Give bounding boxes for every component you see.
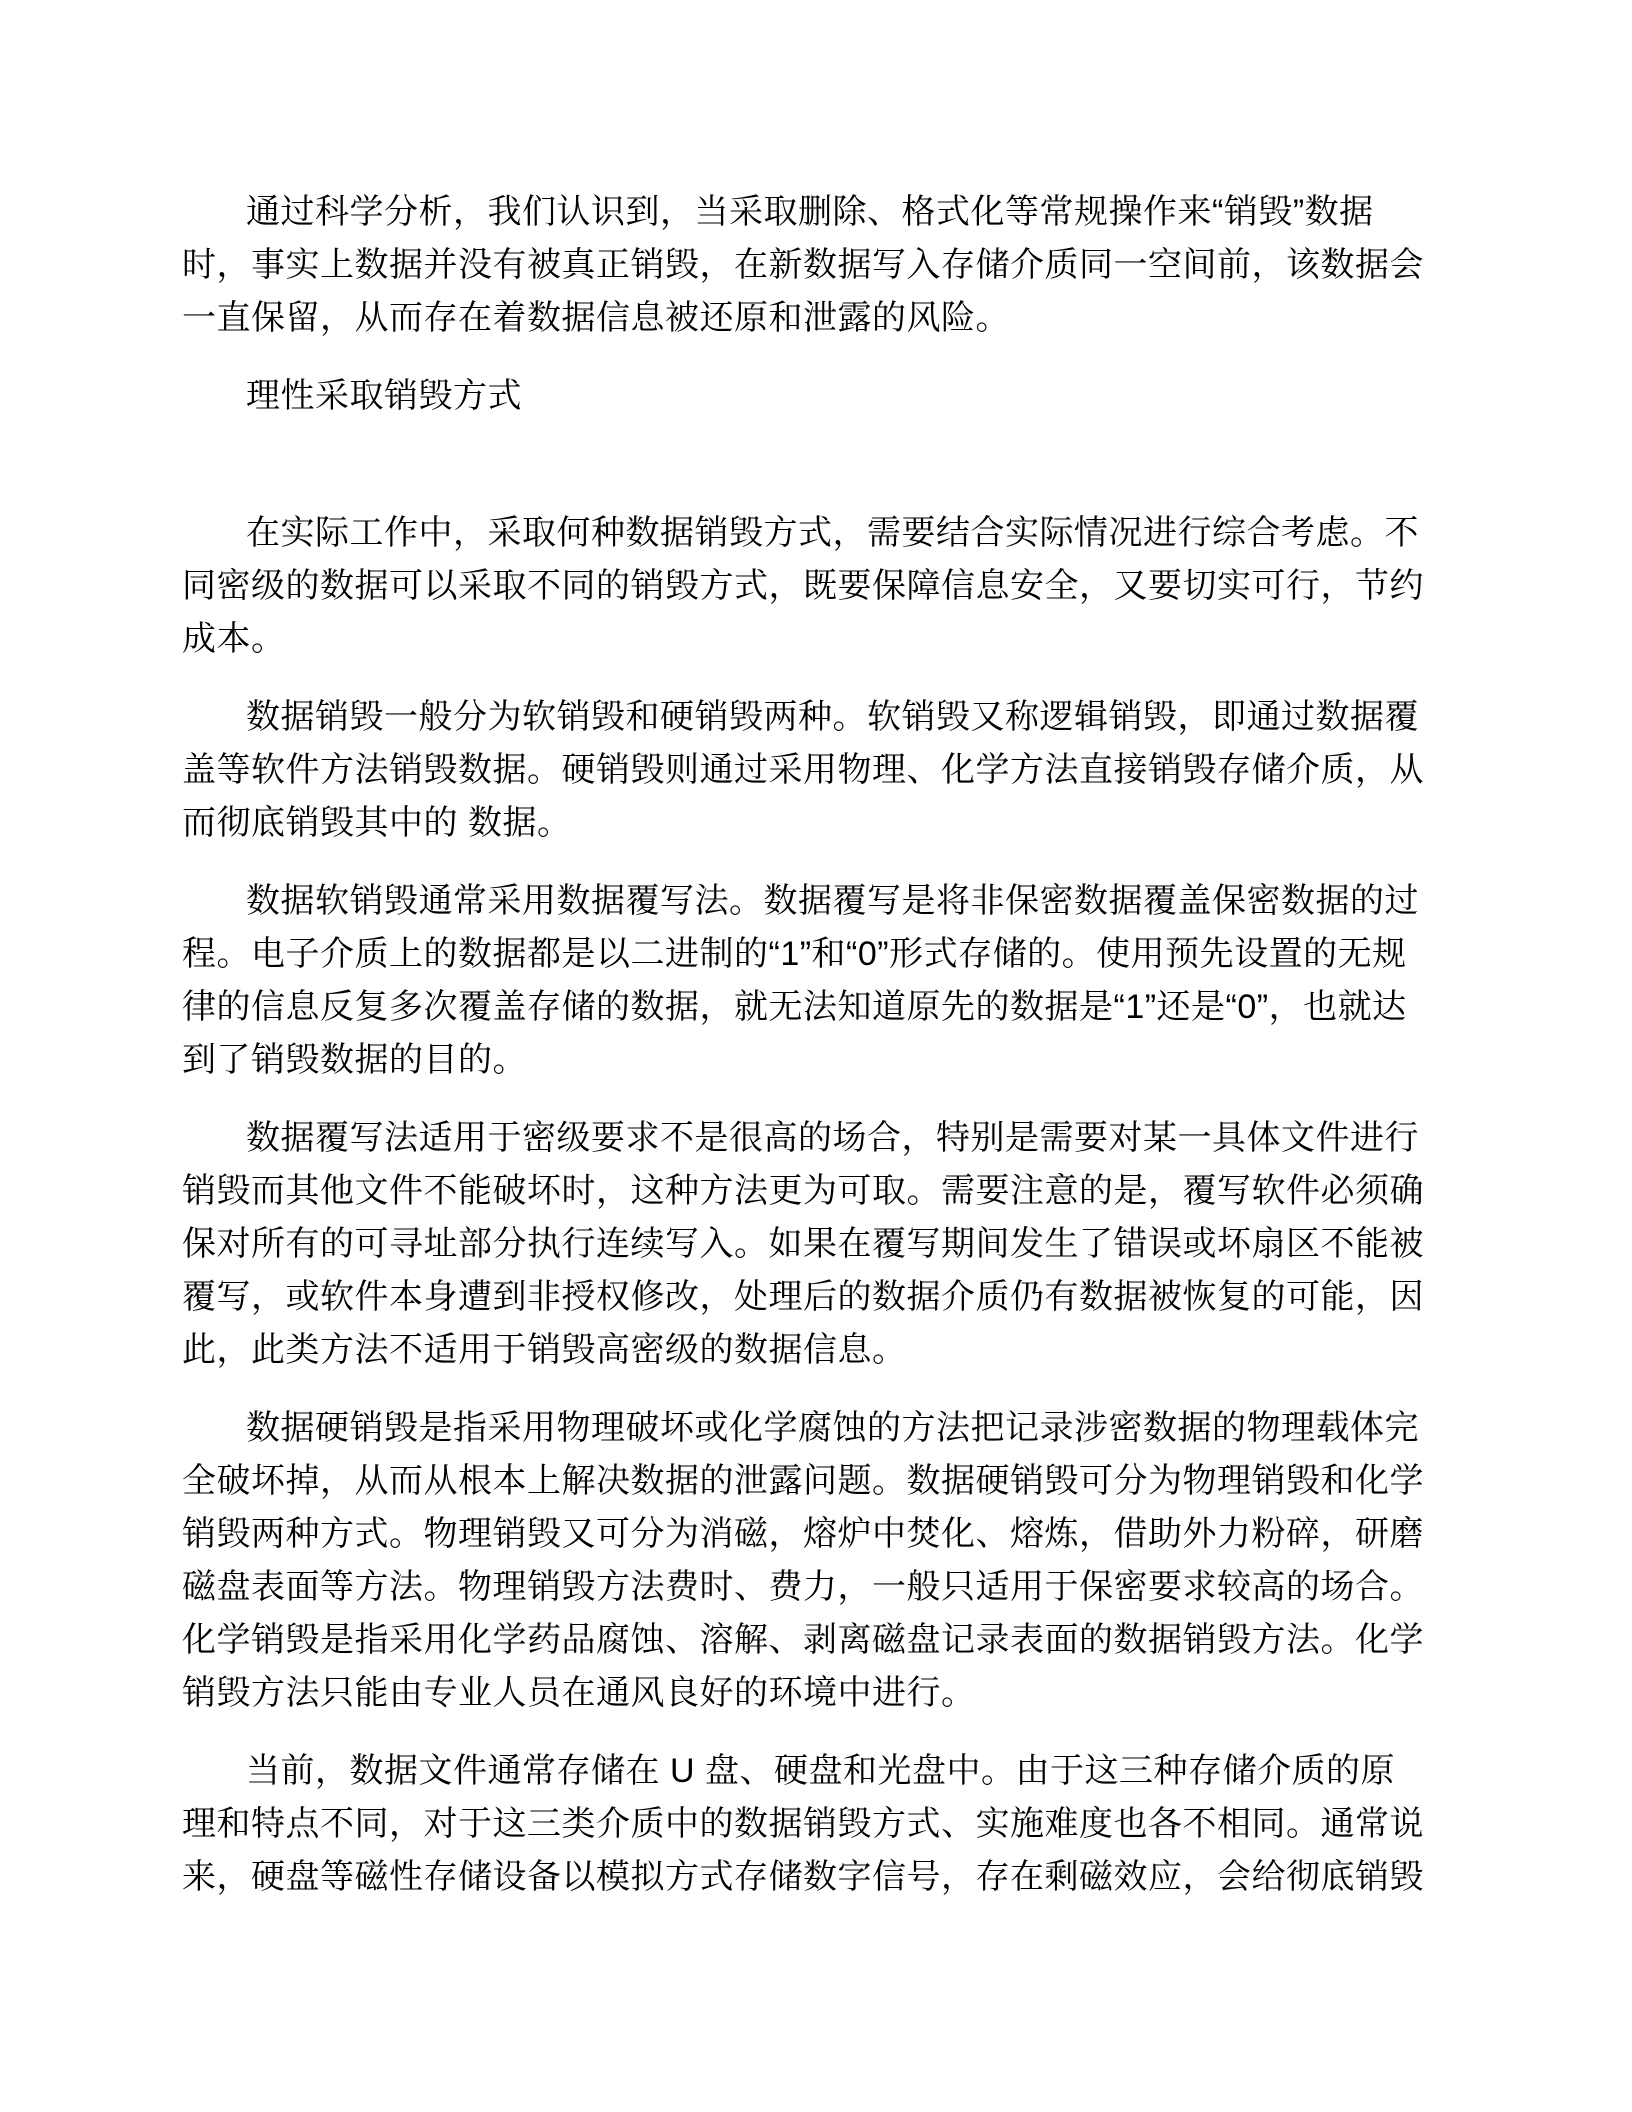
text-line: 一直保留，从而存在着数据信息被还原和泄露的风险。 — [182, 292, 1492, 345]
text-line: 当前，数据文件通常存储在 U 盘、硬盘和光盘中。由于这三种存储介质的原 — [182, 1745, 1492, 1798]
text-line: 而彻底销毁其中的 数据。 — [182, 797, 1492, 850]
heading-text: 理性采取销毁方式 — [182, 370, 1492, 423]
text-line: 数据硬销毁是指采用物理破坏或化学腐蚀的方法把记录涉密数据的物理载体完 — [182, 1402, 1492, 1455]
text-line: 时，事实上数据并没有被真正销毁，在新数据写入存储介质同一空间前，该数据会 — [182, 239, 1492, 292]
text-line: 销毁而其他文件不能破坏时，这种方法更为可取。需要注意的是，覆写软件必须确 — [182, 1165, 1492, 1218]
text-line: 数据销毁一般分为软销毁和硬销毁两种。软销毁又称逻辑销毁，即通过数据覆 — [182, 691, 1492, 744]
paragraph-practical-work: 在实际工作中，采取何种数据销毁方式，需要结合实际情况进行综合考虑。不 同密级的数… — [182, 507, 1492, 666]
text-line: 化学销毁是指采用化学药品腐蚀、溶解、剥离磁盘记录表面的数据销毁方法。化学 — [182, 1614, 1492, 1667]
paragraph-soft-hard-types: 数据销毁一般分为软销毁和硬销毁两种。软销毁又称逻辑销毁，即通过数据覆 盖等软件方… — [182, 691, 1492, 850]
text-line: 在实际工作中，采取何种数据销毁方式，需要结合实际情况进行综合考虑。不 — [182, 507, 1492, 560]
section-heading: 理性采取销毁方式 — [182, 370, 1492, 423]
text-line: 律的信息反复多次覆盖存储的数据，就无法知道原先的数据是“1”还是“0”，也就达 — [182, 981, 1492, 1034]
text-line: 数据覆写法适用于密级要求不是很高的场合，特别是需要对某一具体文件进行 — [182, 1112, 1492, 1165]
text-line: 同密级的数据可以采取不同的销毁方式，既要保障信息安全，又要切实可行，节约 — [182, 560, 1492, 613]
paragraph-soft-destroy-overwrite: 数据软销毁通常采用数据覆写法。数据覆写是将非保密数据覆盖保密数据的过 程。电子介… — [182, 875, 1492, 1087]
document-page: 通过科学分析，我们认识到，当采取删除、格式化等常规操作来“销毁”数据 时，事实上… — [0, 0, 1632, 2112]
text-line: 磁盘表面等方法。物理销毁方法费时、费力，一般只适用于保密要求较高的场合。 — [182, 1561, 1492, 1614]
text-line: 数据软销毁通常采用数据覆写法。数据覆写是将非保密数据覆盖保密数据的过 — [182, 875, 1492, 928]
text-line: 全破坏掉，从而从根本上解决数据的泄露问题。数据硬销毁可分为物理销毁和化学 — [182, 1455, 1492, 1508]
text-line: 理和特点不同，对于这三类介质中的数据销毁方式、实施难度也各不相同。通常说 — [182, 1798, 1492, 1851]
text-line: 覆写，或软件本身遭到非授权修改，处理后的数据介质仍有数据被恢复的可能，因 — [182, 1271, 1492, 1324]
text-line: 成本。 — [182, 613, 1492, 666]
paragraph-hard-destroy: 数据硬销毁是指采用物理破坏或化学腐蚀的方法把记录涉密数据的物理载体完 全破坏掉，… — [182, 1402, 1492, 1720]
text-line: 此，此类方法不适用于销毁高密级的数据信息。 — [182, 1324, 1492, 1377]
text-line: 销毁两种方式。物理销毁又可分为消磁，熔炉中焚化、熔炼，借助外力粉碎，研磨 — [182, 1508, 1492, 1561]
text-line: 通过科学分析，我们认识到，当采取删除、格式化等常规操作来“销毁”数据 — [182, 186, 1492, 239]
paragraph-intro: 通过科学分析，我们认识到，当采取删除、格式化等常规操作来“销毁”数据 时，事实上… — [182, 186, 1492, 345]
text-line: 到了销毁数据的目的。 — [182, 1034, 1492, 1087]
text-line: 盖等软件方法销毁数据。硬销毁则通过采用物理、化学方法直接销毁存储介质，从 — [182, 744, 1492, 797]
paragraph-overwrite-applicability: 数据覆写法适用于密级要求不是很高的场合，特别是需要对某一具体文件进行 销毁而其他… — [182, 1112, 1492, 1377]
text-line: 来，硬盘等磁性存储设备以模拟方式存储数字信号，存在剩磁效应，会给彻底销毁 — [182, 1851, 1492, 1904]
text-line: 程。电子介质上的数据都是以二进制的“1”和“0”形式存储的。使用预先设置的无规 — [182, 928, 1492, 981]
text-line: 保对所有的可寻址部分执行连续写入。如果在覆写期间发生了错误或坏扇区不能被 — [182, 1218, 1492, 1271]
text-line: 销毁方法只能由专业人员在通风良好的环境中进行。 — [182, 1667, 1492, 1720]
paragraph-storage-media: 当前，数据文件通常存储在 U 盘、硬盘和光盘中。由于这三种存储介质的原 理和特点… — [182, 1745, 1492, 1904]
